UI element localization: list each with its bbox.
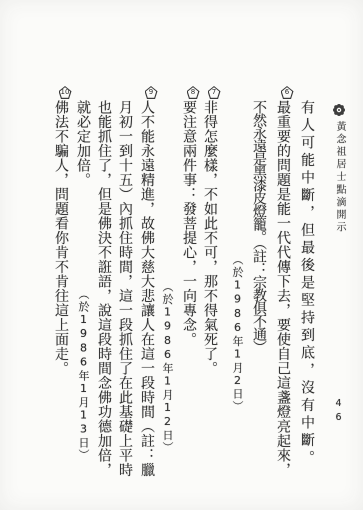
section-number-7-icon: 7: [208, 86, 221, 99]
section-number-6-icon: 6: [281, 86, 294, 99]
text-column-7: 月初一到十五）內抓住時間，這一段抓住了在此基礎上平時: [114, 100, 136, 477]
section-number-9-icon: 9: [145, 86, 158, 99]
column-text: 要注意兩件事：發菩提心，一向專念。: [181, 100, 197, 347]
column-text: 有人可能中斷，但最後是堅持到底，沒有中斷。: [299, 100, 315, 468]
section-number-8-icon: 8: [187, 86, 200, 99]
column-text: 也能抓住了，但是佛決不誑語，說這段時間念佛功德加倍，: [96, 100, 112, 477]
column-text: 最重要的問題是能一代代傳下去，要使自己這盞燈亮起來，: [275, 100, 291, 477]
section-number-10-icon: 10: [59, 86, 72, 99]
scanned-book-page: 黃念祖居士點滴開示 46 有人可能中斷，但最後是堅持到底，沒有中斷。 6最重要的…: [0, 0, 363, 510]
column-text: 人不能永遠精進，故佛大慈大悲讓人在這一段時間（註：臘: [139, 100, 155, 477]
text-column-9: 就必定加倍。（於1986年1月13日）: [72, 100, 94, 461]
page-number: 46: [331, 398, 345, 426]
date-column-1: （於1986年1月2日）: [228, 254, 246, 412]
text-column-5: 8要注意兩件事：發菩提心，一向專念。: [178, 86, 200, 347]
text-column-2: 6最重要的問題是能一代代傳下去，要使自己這盞燈亮起來，: [272, 86, 294, 477]
text-column-3: 不然永遠是黑漆皮燈籠。（註：宗教俱不通）: [248, 100, 270, 353]
date-text: （於1986年1月12日）: [161, 281, 174, 454]
date-column-2: （於1986年1月12日）: [158, 281, 176, 454]
date-text: （於1986年1月2日）: [231, 254, 244, 412]
column-text: 月初一到十五）內抓住時間，這一段抓住了在此基礎上平時: [117, 100, 133, 477]
rosette-flower-icon: [336, 104, 348, 116]
date-text: （於1986年1月13日）: [77, 294, 90, 461]
column-text: 非得怎麼樣，不如此不可，那不得氣死了。: [202, 100, 218, 376]
text-column-1: 有人可能中斷，但最後是堅持到底，沒有中斷。: [296, 100, 318, 468]
column-text: 不然永遠是黑漆皮燈籠。（註：宗教俱不通）: [251, 100, 267, 353]
column-text: 佛法不騙人，問題看你肯不肯往這上面走。: [53, 100, 69, 376]
text-column-6: 9人不能永遠精進，故佛大慈大悲讓人在這一段時間（註：臘: [136, 86, 158, 477]
book-title: 黃念祖居士點滴開示: [334, 121, 345, 234]
text-column-10: 10佛法不騙人，問題看你肯不肯往這上面走。: [50, 86, 72, 376]
text-column-8: 也能抓住了，但是佛決不誑語，說這段時間念佛功德加倍，: [93, 100, 115, 477]
text-column-4: 7非得怎麼樣，不如此不可，那不得氣死了。: [199, 86, 221, 376]
running-header: 黃念祖居士點滴開示: [331, 104, 348, 234]
column-text: 就必定加倍。: [75, 100, 91, 187]
